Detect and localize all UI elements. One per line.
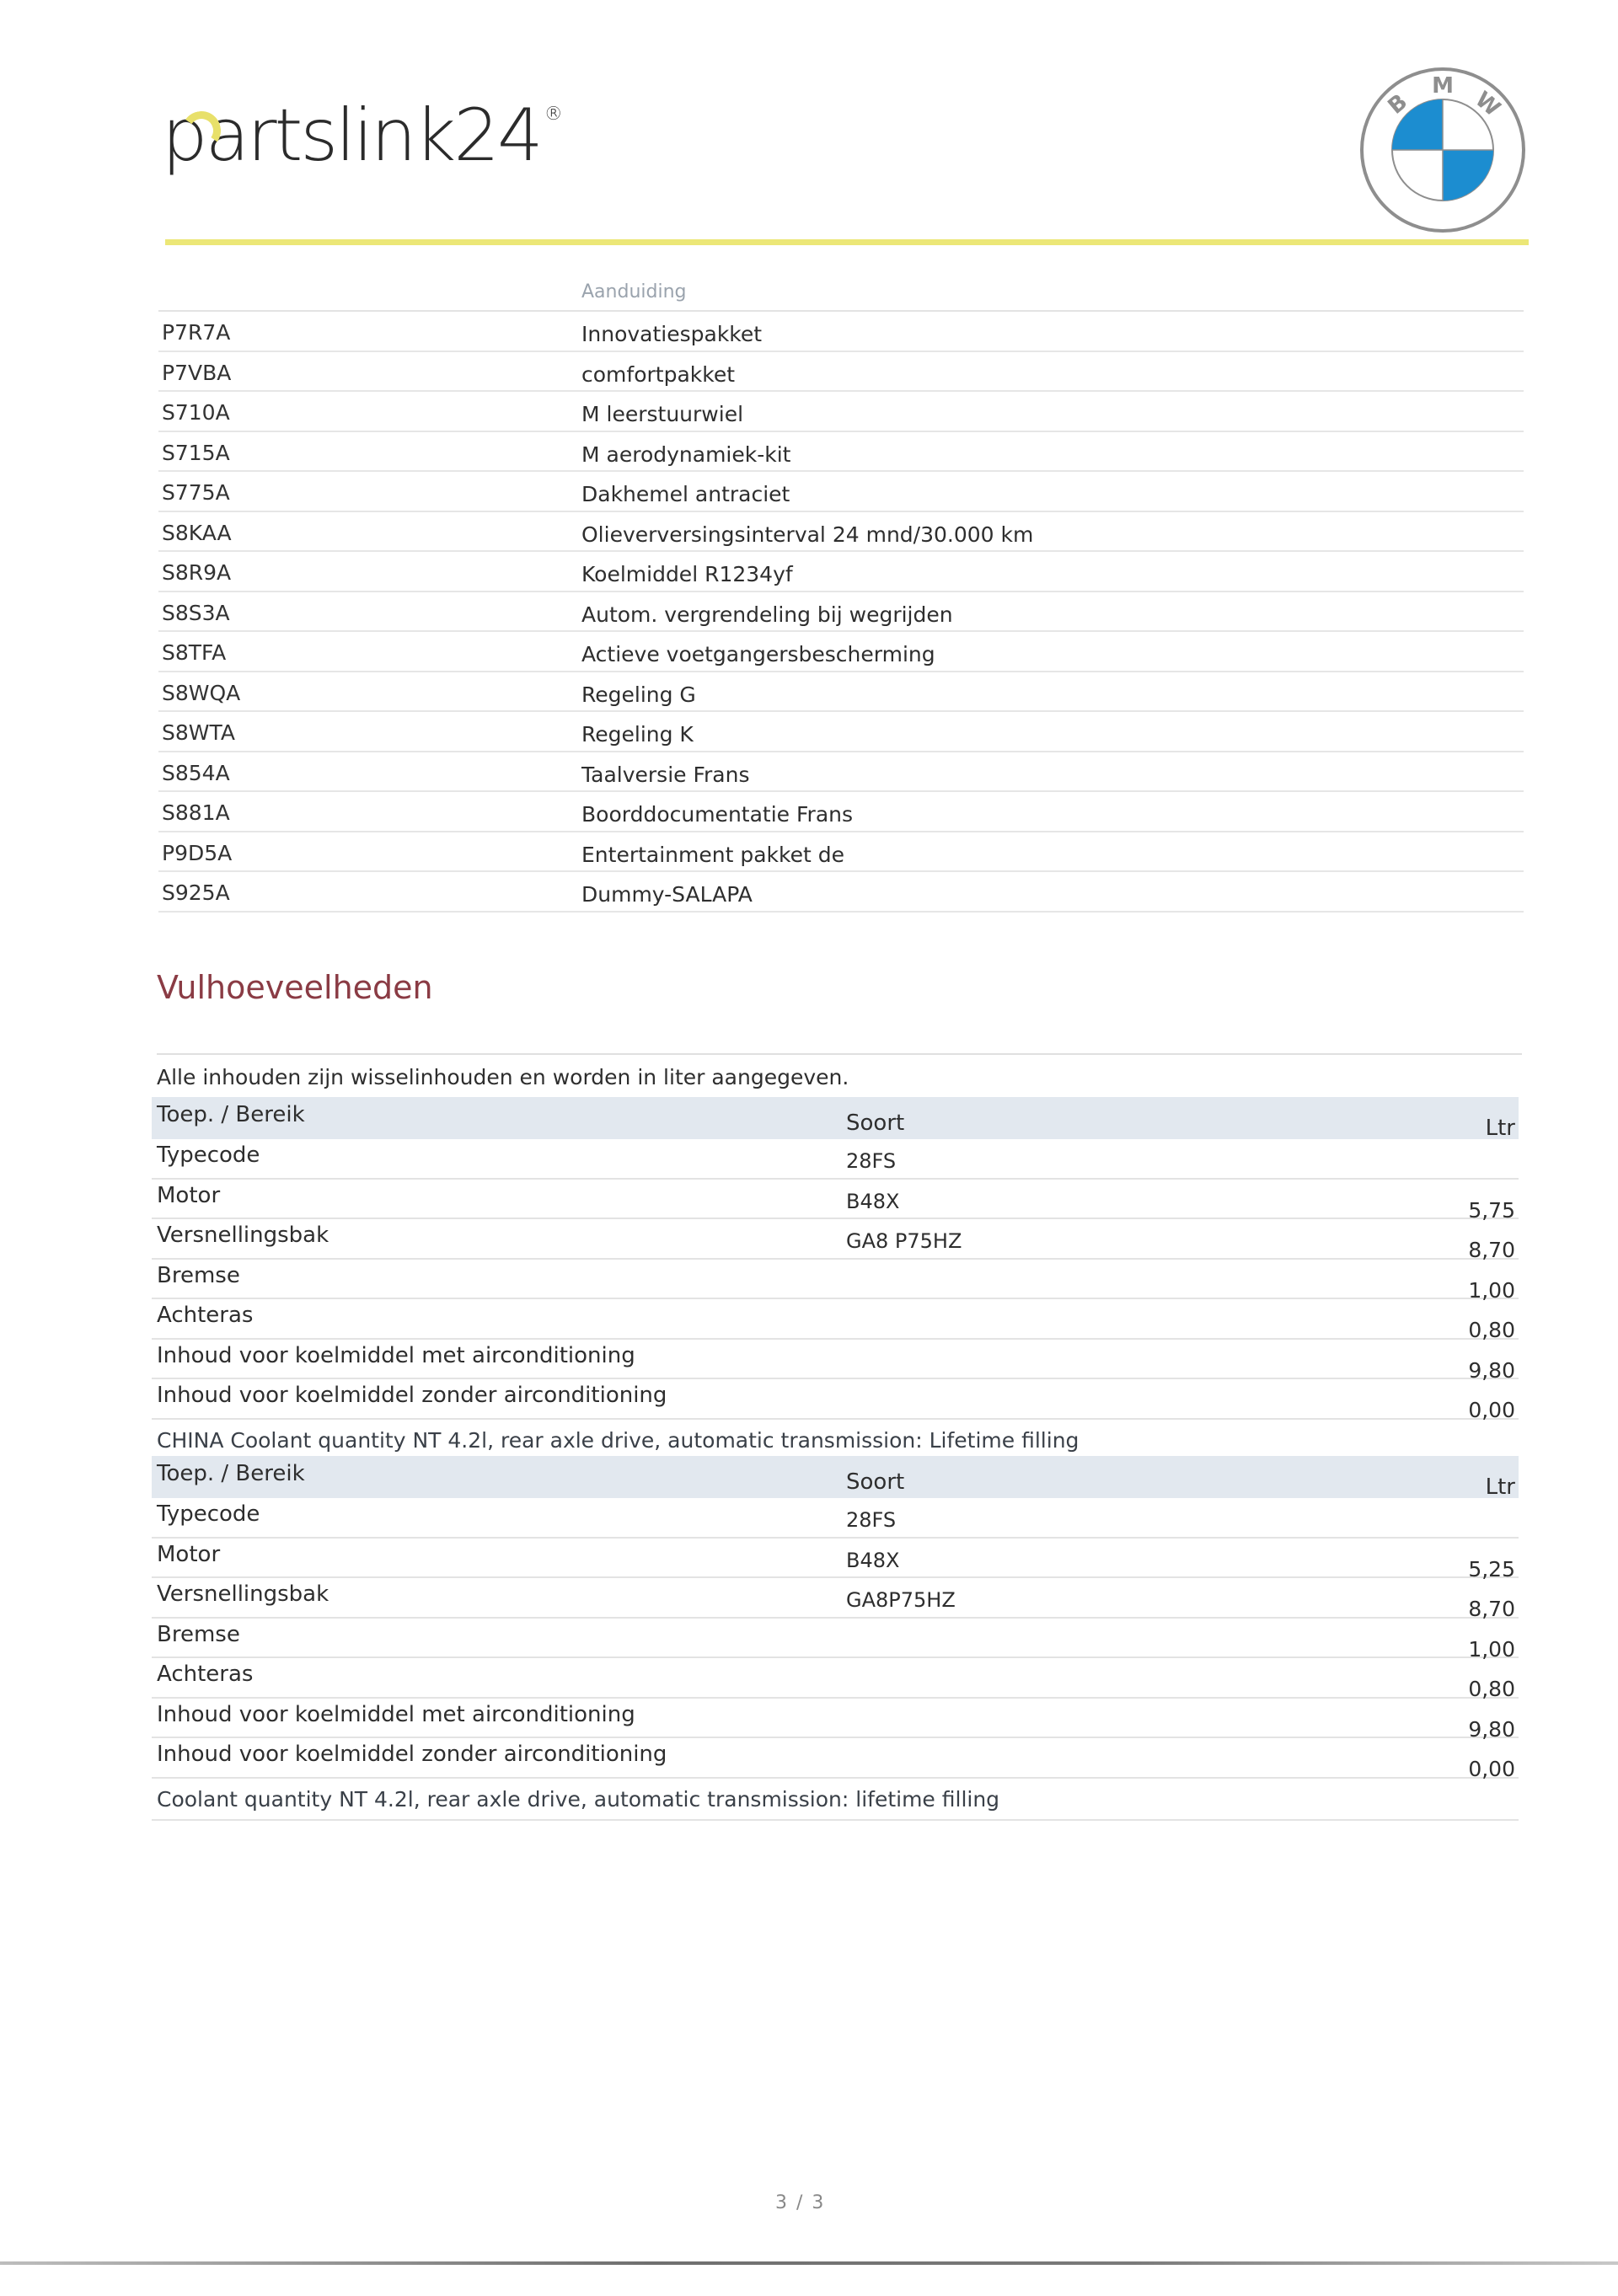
- option-description: Dakhemel antraciet: [581, 482, 790, 506]
- table-row: S8WQARegeling G: [158, 672, 1524, 713]
- table-row: Achteras0,80: [152, 1658, 1519, 1699]
- row-scope: Motor: [157, 1542, 220, 1567]
- partslink24-logo: p artslink24®: [162, 99, 557, 172]
- table-row: Inhoud voor koelmiddel met airconditioni…: [152, 1699, 1519, 1739]
- option-description: Innovatiespakket: [581, 322, 762, 346]
- row-type: B48X: [846, 1549, 899, 1572]
- scan-edge-line: [0, 2261, 1618, 2265]
- option-code: S8TFA: [162, 640, 226, 665]
- table-row: Inhoud voor koelmiddel zonder airconditi…: [152, 1379, 1519, 1420]
- options-table-body: P7R7AInnovatiespakketP7VBAcomfortpakketS…: [158, 312, 1524, 913]
- row-scope: Bremse: [157, 1622, 240, 1647]
- option-code: S8WTA: [162, 720, 235, 745]
- table-row: P7VBAcomfortpakket: [158, 352, 1524, 393]
- option-code: S881A: [162, 800, 230, 825]
- table-row: S8WTARegeling K: [158, 712, 1524, 752]
- column-header-type: Soort: [846, 1111, 904, 1136]
- section-title: Vulhoeveelheden: [157, 969, 433, 1006]
- table-row: Typecode28FS: [152, 1139, 1519, 1180]
- row-type: GA8P75HZ: [846, 1588, 956, 1612]
- table-row: P7R7AInnovatiespakket: [158, 312, 1524, 352]
- table-row: S8TFAActieve voetgangersbescherming: [158, 632, 1524, 672]
- row-scope: Inhoud voor koelmiddel zonder airconditi…: [157, 1742, 667, 1767]
- column-header-liters: Ltr: [1486, 1474, 1515, 1500]
- row-type: 28FS: [846, 1508, 896, 1532]
- option-description: comfortpakket: [581, 362, 735, 387]
- row-type: GA8 P75HZ: [846, 1229, 962, 1253]
- table-row: S8KAAOlieverversingsinterval 24 mnd/30.0…: [158, 512, 1524, 553]
- option-code: S710A: [162, 400, 230, 425]
- table-row: VersnellingsbakGA8P75HZ8,70: [152, 1578, 1519, 1619]
- option-code: S775A: [162, 480, 230, 505]
- table-row: Inhoud voor koelmiddel met airconditioni…: [152, 1340, 1519, 1380]
- option-description: Olieverversingsinterval 24 mnd/30.000 km: [581, 522, 1033, 547]
- row-scope: Achteras: [157, 1303, 253, 1328]
- intro-text: Alle inhouden zijn wisselinhouden en wor…: [157, 1065, 849, 1089]
- bmw-roundel-icon: B M W: [1358, 66, 1527, 234]
- option-code: S8KAA: [162, 521, 232, 545]
- option-code: S854A: [162, 761, 230, 785]
- option-code: S8R9A: [162, 560, 231, 585]
- fill-table-note: CHINA Coolant quantity NT 4.2l, rear axl…: [152, 1420, 1519, 1462]
- column-header-liters: Ltr: [1486, 1116, 1515, 1141]
- header-divider: [165, 239, 1529, 245]
- column-header-scope: Toep. / Bereik: [157, 1102, 305, 1127]
- row-scope: Inhoud voor koelmiddel met airconditioni…: [157, 1702, 635, 1727]
- table-row: Bremse1,00: [152, 1619, 1519, 1659]
- table-row: S715AM aerodynamiek-kit: [158, 432, 1524, 473]
- column-header-scope: Toep. / Bereik: [157, 1461, 305, 1486]
- row-scope: Inhoud voor koelmiddel zonder airconditi…: [157, 1383, 667, 1408]
- table-row: S8S3AAutom. vergrendeling bij wegrijden: [158, 592, 1524, 633]
- options-table: Aanduiding P7R7AInnovatiespakketP7VBAcom…: [158, 276, 1524, 913]
- page-number: 3 / 3: [775, 2192, 825, 2213]
- options-table-header: Aanduiding: [158, 276, 1524, 312]
- option-description: M aerodynamiek-kit: [581, 442, 790, 467]
- row-scope: Inhoud voor koelmiddel met airconditioni…: [157, 1343, 635, 1368]
- option-code: S715A: [162, 441, 230, 465]
- table-row: MotorB48X5,75: [152, 1180, 1519, 1220]
- table-row: S925ADummy-SALAPA: [158, 872, 1524, 913]
- column-header-type: Soort: [846, 1469, 904, 1495]
- option-description: Autom. vergrendeling bij wegrijden: [581, 602, 953, 627]
- option-code: P7VBA: [162, 361, 231, 385]
- option-description: M leerstuurwiel: [581, 402, 743, 426]
- table-row: S881ABoorddocumentatie Frans: [158, 792, 1524, 832]
- row-scope: Versnellingsbak: [157, 1223, 329, 1248]
- row-scope: Versnellingsbak: [157, 1582, 329, 1607]
- logo-p-with-arc: p: [162, 99, 206, 172]
- option-code: S925A: [162, 880, 230, 905]
- table-row: VersnellingsbakGA8 P75HZ8,70: [152, 1219, 1519, 1260]
- fill-table-header: Toep. / BereikSoortLtr: [152, 1456, 1519, 1498]
- note-text: CHINA Coolant quantity NT 4.2l, rear axl…: [157, 1428, 1079, 1453]
- option-description: Boorddocumentatie Frans: [581, 802, 853, 827]
- fill-table-header: Toep. / BereikSoortLtr: [152, 1097, 1519, 1139]
- table-row: S775ADakhemel antraciet: [158, 472, 1524, 512]
- section-divider: [157, 1053, 1522, 1055]
- row-scope: Bremse: [157, 1263, 240, 1288]
- option-description: Dummy-SALAPA: [581, 882, 753, 907]
- document-page: p artslink24® B M W Aanduiding P7R7AInno…: [0, 0, 1618, 2296]
- table-row: P9D5AEntertainment pakket de: [158, 832, 1524, 873]
- row-scope: Motor: [157, 1183, 220, 1208]
- option-description: Regeling G: [581, 682, 696, 707]
- fill-quantities-table-2: Toep. / BereikSoortLtrTypecode28FSMotorB…: [152, 1456, 1519, 1821]
- fill-quantities-table-1: Toep. / BereikSoortLtrTypecode28FSMotorB…: [152, 1097, 1519, 1462]
- row-scope: Typecode: [157, 1501, 260, 1527]
- row-scope: Typecode: [157, 1143, 260, 1168]
- option-description: Regeling K: [581, 722, 694, 747]
- option-code: P7R7A: [162, 320, 230, 345]
- bmw-letter-m: M: [1432, 73, 1454, 99]
- option-description: Actieve voetgangersbescherming: [581, 642, 935, 666]
- table-row: S854ATaalversie Frans: [158, 752, 1524, 793]
- logo-text: artslink24: [206, 94, 541, 178]
- table-row: S710AM leerstuurwiel: [158, 392, 1524, 432]
- note-text: Coolant quantity NT 4.2l, rear axle driv…: [157, 1787, 999, 1812]
- row-type: B48X: [846, 1190, 899, 1213]
- option-code: S8WQA: [162, 681, 240, 705]
- table-row: S8R9AKoelmiddel R1234yf: [158, 552, 1524, 592]
- option-description: Taalversie Frans: [581, 763, 750, 787]
- table-row: MotorB48X5,25: [152, 1539, 1519, 1579]
- option-code: P9D5A: [162, 841, 232, 865]
- option-code: S8S3A: [162, 601, 230, 625]
- registered-mark: ®: [544, 104, 560, 125]
- table-row: Bremse1,00: [152, 1260, 1519, 1300]
- row-scope: Achteras: [157, 1662, 253, 1687]
- table-row: Achteras0,80: [152, 1299, 1519, 1340]
- table-row: Inhoud voor koelmiddel zonder airconditi…: [152, 1738, 1519, 1779]
- column-header-aanduiding: Aanduiding: [581, 281, 686, 302]
- row-type: 28FS: [846, 1149, 896, 1173]
- option-description: Koelmiddel R1234yf: [581, 562, 793, 586]
- fill-table-note: Coolant quantity NT 4.2l, rear axle driv…: [152, 1779, 1519, 1821]
- option-description: Entertainment pakket de: [581, 843, 844, 867]
- table-row: Typecode28FS: [152, 1498, 1519, 1539]
